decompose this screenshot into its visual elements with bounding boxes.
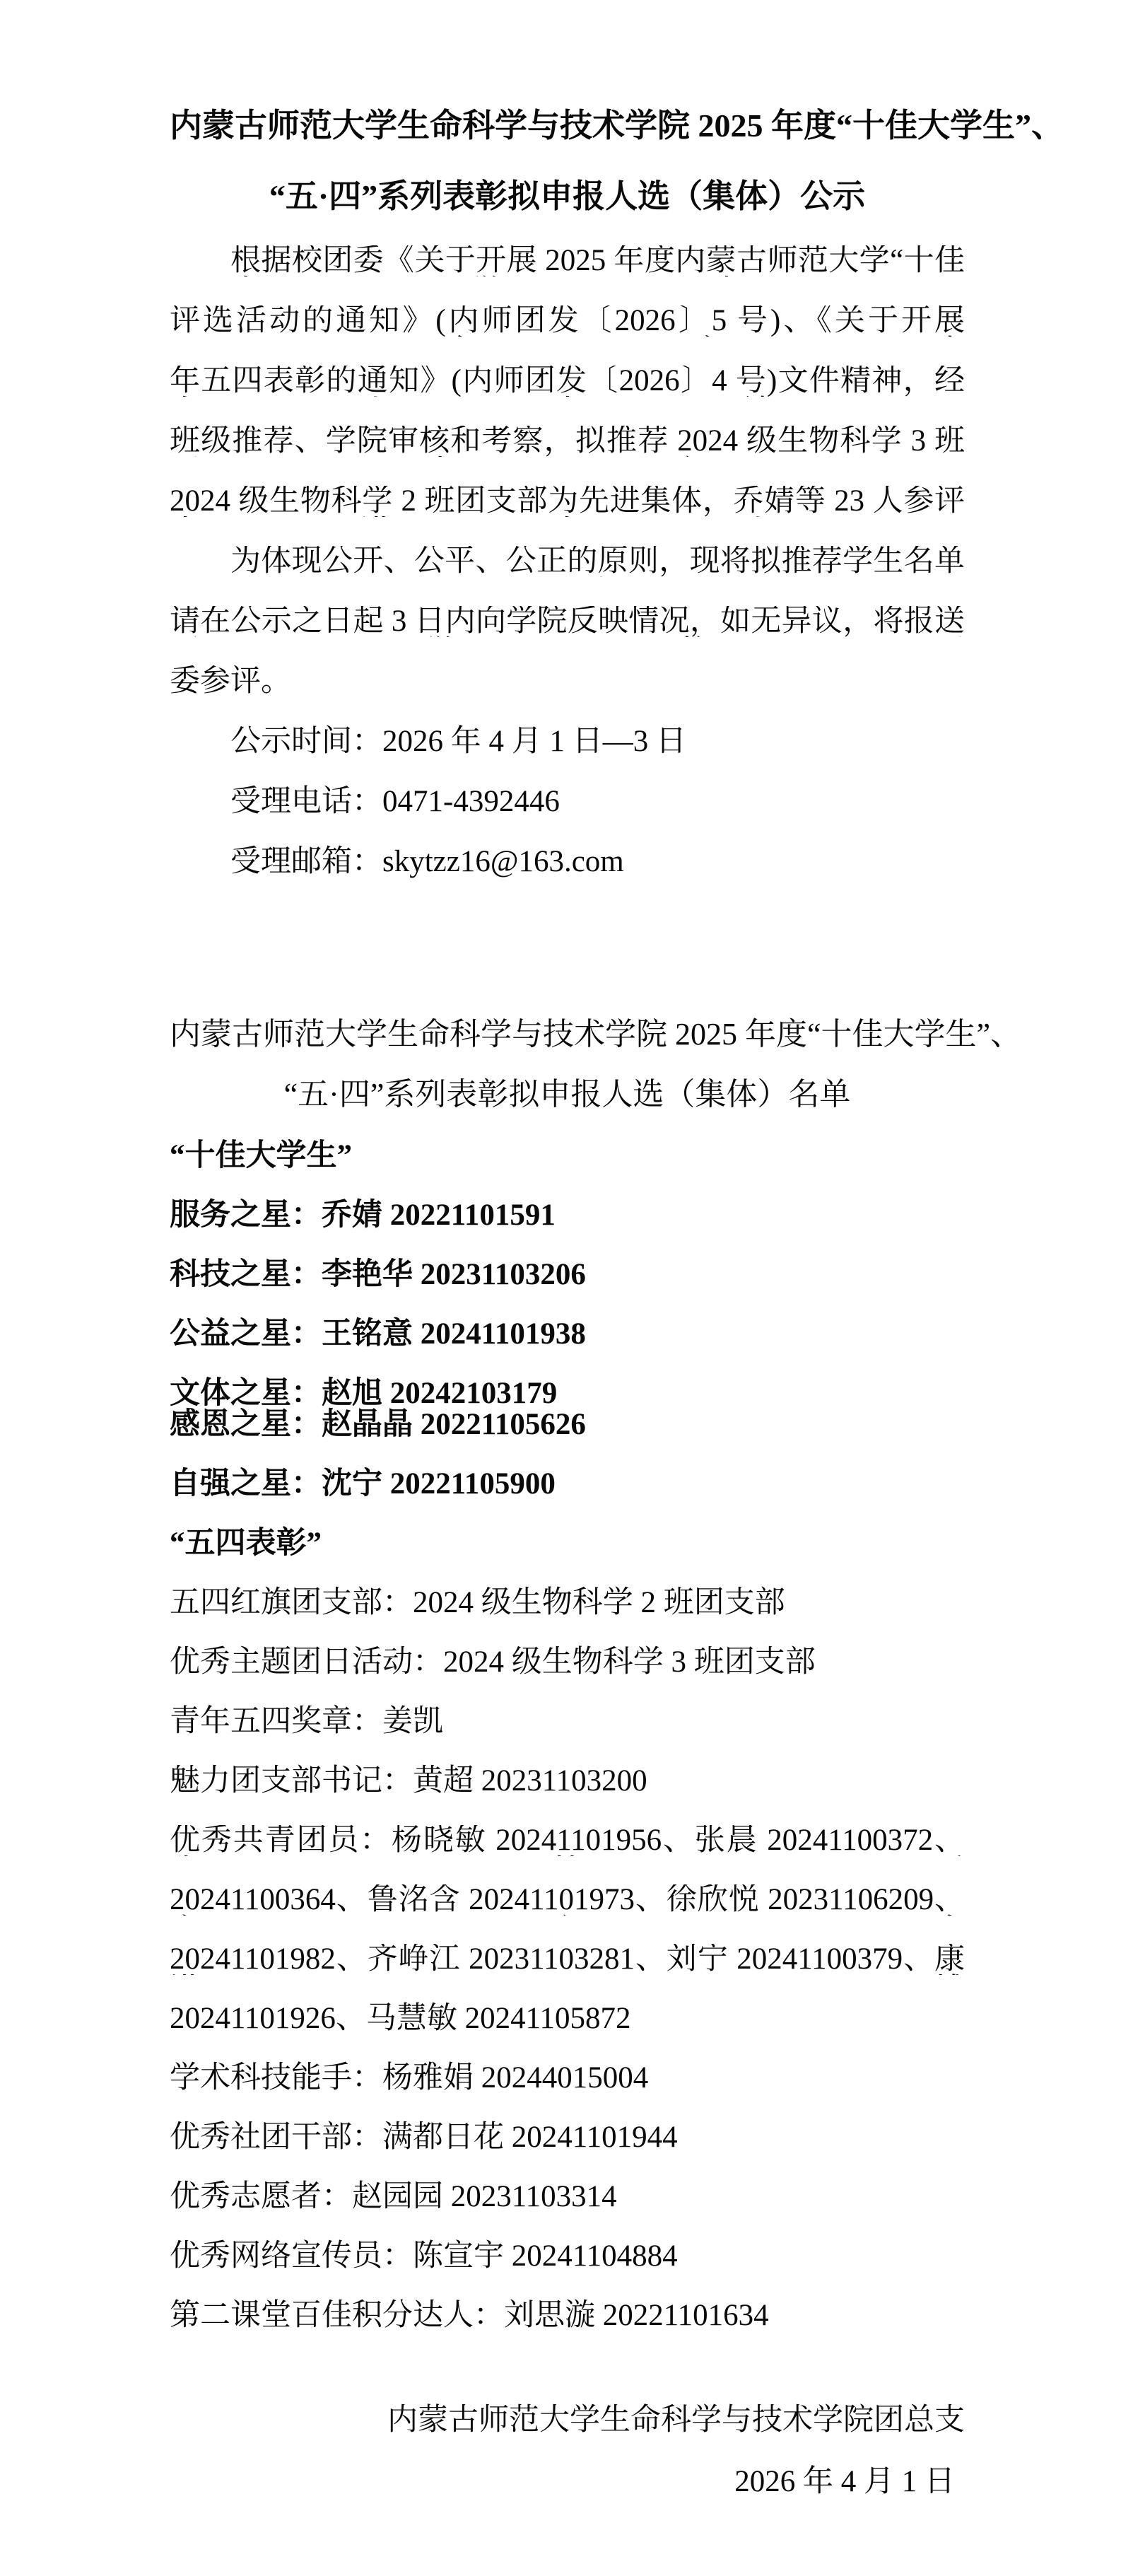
award-line-volunteer: 优秀志愿者：赵园园 20231103314 xyxy=(170,2181,965,2213)
award-line-red-flag-branch: 五四红旗团支部：2024 级生物科学 2 班团支部 xyxy=(170,1587,965,1619)
footer-signature: 内蒙古师范大学生命科学与技术学院团总支 xyxy=(170,2405,965,2436)
roster-title-line-1: 内蒙古师范大学生命科学与技术学院 2025 年度“十佳大学生”、 xyxy=(170,1017,965,1052)
award-line-online-publicist: 优秀网络宣传员：陈宣宇 20241104884 xyxy=(170,2241,965,2272)
notice-title-line-1: 内蒙古师范大学生命科学与技术学院 2025 年度“十佳大学生”、 xyxy=(170,106,965,146)
footer-date: 2026 年 4 月 1 日 xyxy=(170,2466,965,2498)
roster-title: 内蒙古师范大学生命科学与技术学院 2025 年度“十佳大学生”、 “五·四”系列… xyxy=(170,1017,965,1112)
roster-title-line-2: “五·四”系列表彰拟申报人选（集体）名单 xyxy=(170,1077,965,1112)
award-line-culture-sports-star: 文体之星：赵旭 20242103179 xyxy=(170,1378,965,1409)
document-content: 内蒙古师范大学生命科学与技术学院 2025 年度“十佳大学生”、 “五·四”系列… xyxy=(170,0,965,2498)
notice-body-line: 年五四表彰的通知》(内师团发〔2026〕4 号)文件精神，经个人申请、 xyxy=(170,366,965,397)
award-line-club-cadre: 优秀社团干部：满都日花 20241101944 xyxy=(170,2122,965,2153)
notice-body-line: 请在公示之日起 3 日内向学院反映情况，如无异议，将报送至学校团 xyxy=(170,606,965,637)
notice-body-line: 班级推荐、学院审核和考察，拟推荐 2024 级生物科学 3 班团支部、 xyxy=(170,426,965,457)
notice-body-line: 为体现公开、公平、公正的原则，现将拟推荐学生名单予以公示。 xyxy=(170,546,965,577)
award-line-academic-expert: 学术科技能手：杨雅娟 20244015004 xyxy=(170,2063,965,2094)
award-line-outstanding-members: 20241101982、齐峥江 20231103281、刘宁 202411003… xyxy=(170,1944,965,1975)
award-line-charity-star: 公益之星：王铭意 20241101938 xyxy=(170,1319,965,1350)
notice-body-line: 委参评。 xyxy=(170,666,965,697)
notice-body-line: 2024 级生物科学 2 班团支部为先进集体，乔婧等 23 人参评先进个人。 xyxy=(170,486,965,517)
award-line-tech-star: 科技之星：李艳华 20231103206 xyxy=(170,1259,965,1290)
contact-phone: 受理电话：0471-4392446 xyxy=(170,786,965,817)
roster-section-header-may-fourth: “五四表彰” xyxy=(170,1528,965,1559)
notice-title: 内蒙古师范大学生命科学与技术学院 2025 年度“十佳大学生”、 “五·四”系列… xyxy=(170,106,965,216)
award-line-theme-activity: 优秀主题团日活动：2024 级生物科学 3 班团支部 xyxy=(170,1647,965,1678)
notice-body: 根据校团委《关于开展 2025 年度内蒙古师范大学“十佳大学生” 评选活动的通知… xyxy=(170,245,965,878)
notice-title-line-2: “五·四”系列表彰拟申报人选（集体）公示 xyxy=(170,177,965,216)
award-line-youth-medal: 青年五四奖章：姜凯 xyxy=(170,1706,965,1737)
contact-email: 受理邮箱：skytzz16@163.com xyxy=(170,846,965,878)
award-line-second-class-points: 第二课堂百佳积分达人：刘思漩 20221101634 xyxy=(170,2300,965,2331)
award-line-gratitude-star: 感恩之星：赵晶晶 20221105626 xyxy=(170,1409,965,1440)
publicity-period: 公示时间：2026 年 4 月 1 日—3 日 xyxy=(170,726,965,757)
award-line-self-improvement-star: 自强之星：沈宁 20221105900 xyxy=(170,1469,965,1500)
document-page: 内蒙古师范大学生命科学与技术学院 2025 年度“十佳大学生”、 “五·四”系列… xyxy=(0,0,1121,2576)
award-line-service-star: 服务之星：乔婧 20221101591 xyxy=(170,1200,965,1231)
award-line-outstanding-members: 优秀共青团员：杨晓敏 20241101956、张晨 20241100372、张楠… xyxy=(170,1825,965,1856)
award-line-outstanding-members: 20241101926、马慧敏 20241105872 xyxy=(170,2003,965,2034)
notice-body-line: 评选活动的通知》(内师团发〔2026〕5 号)、《关于开展 2025 年度青 xyxy=(170,305,965,337)
document-footer: 内蒙古师范大学生命科学与技术学院团总支 2026 年 4 月 1 日 xyxy=(170,2405,965,2498)
notice-body-line: 根据校团委《关于开展 2025 年度内蒙古师范大学“十佳大学生” xyxy=(170,245,965,276)
roster-list: “十佳大学生” 服务之星：乔婧 20221101591 科技之星：李艳华 202… xyxy=(170,1141,965,2331)
roster-section-header-top-ten: “十佳大学生” xyxy=(170,1141,965,1172)
award-line-charm-secretary: 魅力团支部书记：黄超 20231103200 xyxy=(170,1766,965,1797)
award-line-outstanding-members: 20241100364、鲁洺含 20241101973、徐欣悦 20231106… xyxy=(170,1884,965,1916)
